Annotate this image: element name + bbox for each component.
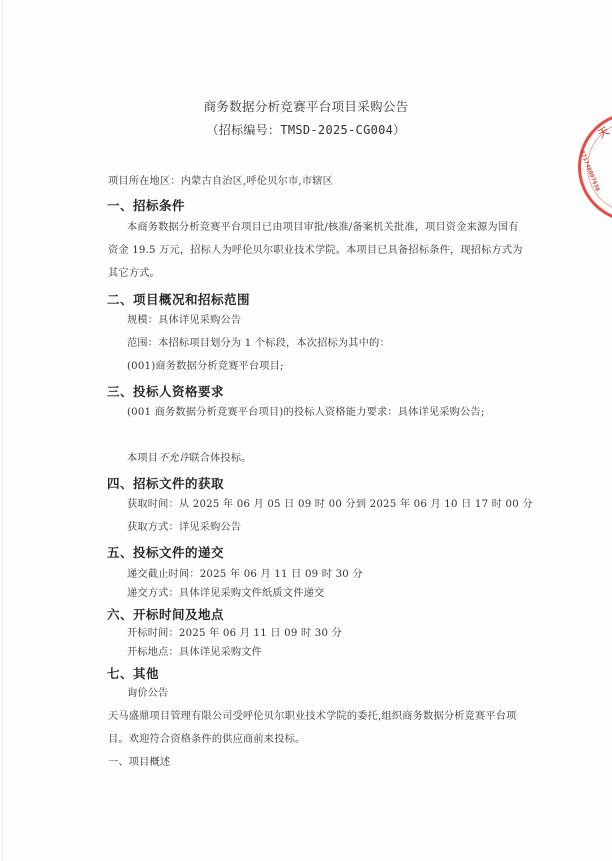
section-heading-6: 六、开标时间及地点 bbox=[107, 605, 224, 623]
section-5-method: 递交方式：具体详见采购文件纸质文件递交 bbox=[127, 587, 324, 600]
section-2-lot: (001)商务数据分析竞赛平台项目; bbox=[127, 360, 284, 373]
section-1-line-3: 其它方式。 bbox=[108, 267, 160, 280]
consortium-emphasis: 不允许 bbox=[158, 453, 189, 464]
section-heading-3: 三、投标人资格要求 bbox=[107, 382, 224, 400]
document-page: 商务数据分析竞赛平台项目采购公告 （招标编号：TMSD-2025-CG004） … bbox=[0, 0, 612, 861]
document-title: 商务数据分析竞赛平台项目采购公告 bbox=[0, 97, 612, 115]
section-1-line-1: 本商务数据分析竞赛平台项目已由项目审批/核准/备案机关批准，项目资金来源为国有 bbox=[127, 221, 519, 234]
section-7-notice: 询价公告 bbox=[127, 687, 169, 700]
consortium-suffix: 联合体投标。 bbox=[189, 453, 251, 464]
section-6-time: 开标时间：2025 年 06 月 11 日 09 时 30 分 bbox=[127, 627, 342, 640]
section-heading-7: 七、其他 bbox=[107, 664, 159, 682]
closing-line-3: 一、项目概述 bbox=[108, 756, 170, 769]
project-location: 项目所在地区：内蒙古自治区,呼伦贝尔市,市辖区 bbox=[108, 175, 333, 188]
section-4-time: 获取时间：从 2025 年 06 月 05 日 09 时 00 分到 2025 … bbox=[127, 498, 533, 511]
section-4-method: 获取方式：详见采购公告 bbox=[127, 521, 241, 534]
section-3-consortium: 本项目不允许联合体投标。 bbox=[127, 452, 252, 465]
section-6-place: 开标地点：具体详见采购文件 bbox=[127, 646, 262, 659]
section-5-deadline: 递交截止时间：2025 年 06 月 11 日 09 时 30 分 bbox=[127, 568, 363, 581]
section-1-line-2: 资金 19.5 万元，招标人为呼伦贝尔职业技术学院。本项目已具备招标条件，现招标… bbox=[108, 244, 523, 257]
section-3-requirement: (001 商务数据分析竞赛平台项目)的投标人资格能力要求：具体详见采购公告; bbox=[127, 406, 484, 419]
section-2-scale: 规模：具体详见采购公告 bbox=[127, 314, 241, 327]
closing-line-2: 目。欢迎符合资格条件的供应商前来投标。 bbox=[108, 733, 305, 746]
section-heading-1: 一、招标条件 bbox=[107, 196, 185, 214]
bid-number: （招标编号：TMSD-2025-CG004） bbox=[0, 121, 612, 138]
section-2-scope: 范围：本招标项目划分为 1 个标段，本次招标为其中的： bbox=[127, 337, 390, 350]
consortium-prefix: 本项目 bbox=[127, 453, 158, 464]
section-heading-4: 四、招标文件的获取 bbox=[107, 474, 224, 492]
section-heading-5: 五、投标文件的递交 bbox=[107, 543, 224, 561]
section-heading-2: 二、项目概况和招标范围 bbox=[107, 290, 250, 308]
closing-line-1: 天马盛鼎项目管理有限公司受呼伦贝尔职业技术学院的委托,组织商务数据分析竞赛平台项 bbox=[108, 710, 517, 723]
